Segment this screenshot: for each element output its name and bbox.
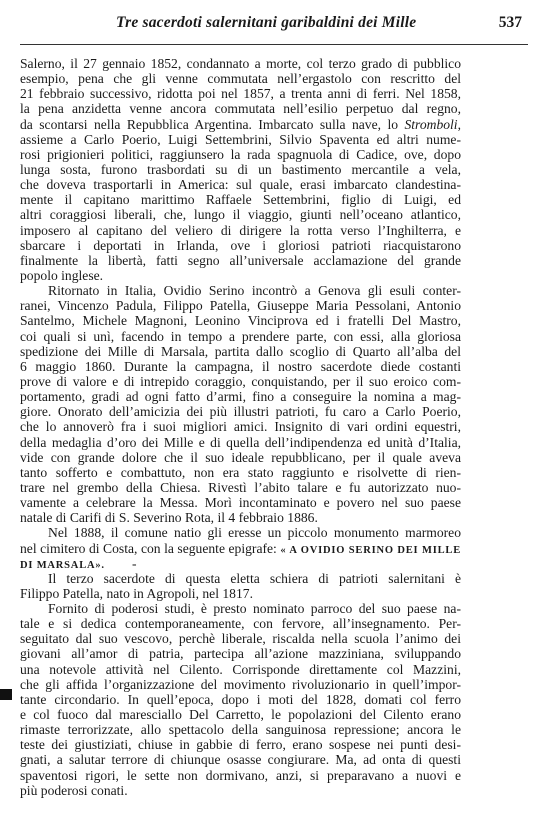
text-line: popolo inglese.	[20, 268, 461, 283]
text-fragment: ,	[458, 117, 461, 132]
text-line: esempio, pena che gli venne commutata ne…	[20, 71, 461, 86]
text-line: Filippo Patella, nato in Agropoli, nel 1…	[20, 586, 461, 601]
text-line: tanto sofferto e combattuto, non era sta…	[20, 465, 461, 480]
text-line: giovani all’amor di patria, partecipa al…	[20, 646, 461, 661]
text-line: giore. Onorato dell’amicizia dei più ill…	[20, 404, 461, 419]
text-line: sbarcare i deportati in Irlanda, ove i g…	[20, 238, 461, 253]
text-line: Ritornato in Italia, Ovidio Serino incon…	[20, 283, 461, 298]
running-title: Tre sacerdoti salernitani garibaldini de…	[116, 14, 416, 32]
header-rule	[20, 44, 528, 45]
text-line: assieme a Carlo Poerio, Luigi Settembrin…	[20, 132, 461, 147]
text-line: trare nel grembo della Chiesa. Rivestì l…	[20, 480, 461, 495]
text-line: mente il capitano marittimo Raffaele Set…	[20, 192, 461, 207]
text-line: Santelmo, Michele Magnoni, Leonino Vinci…	[20, 313, 461, 328]
text-line: portamento, gradi ad ogni fatto d’armi, …	[20, 389, 461, 404]
text-line: rosi prigionieri politici, raggiunsero l…	[20, 147, 461, 162]
text-line: spedizione dei Mille di Marsala, partita…	[20, 344, 461, 359]
text-line: ranei, Vincenzo Padula, Filippo Patella,…	[20, 298, 461, 313]
text-line: vamente a celebrare la Messa. Morì incon…	[20, 495, 461, 510]
text-line: spaventosi rigori, le sette non dormivan…	[20, 768, 461, 783]
text-line: gnati, a salutar terrore di chiunque osa…	[20, 752, 461, 767]
text-line: vide con grande dolore che il suo ideale…	[20, 450, 461, 465]
text-line: e col fuoco dal maresciallo Del Carretto…	[20, 707, 461, 722]
text-line: nel cimitero di Costa, con la seguente e…	[20, 541, 461, 556]
text-line: che doveva trasportarli in America: sul …	[20, 177, 461, 192]
text-line: più poderosi conati.	[20, 783, 461, 798]
text-line: Salerno, il 27 gennaio 1852, condannato …	[20, 56, 461, 71]
text-line: prove di valore e di intrepido coraggio,…	[20, 374, 461, 389]
text-line: imposero al capitano del veliero di diri…	[20, 223, 461, 238]
text-line: altri coraggiosi liberali, che, lungo il…	[20, 207, 461, 222]
text-line: Fornito di poderosi studi, è presto nomi…	[20, 601, 461, 616]
body-text: Salerno, il 27 gennaio 1852, condannato …	[20, 56, 461, 798]
text-line: coi quali si unì, facendo in tempo a pre…	[20, 329, 461, 344]
text-line: rimaste terrorizzate, allo spettacolo de…	[20, 722, 461, 737]
epigraph-end: DI MARSALA».	[20, 560, 105, 571]
epigraph: « A OVIDIO SERINO DEI MILLE	[280, 545, 461, 556]
running-header: Tre sacerdoti salernitani garibaldini de…	[20, 10, 528, 36]
text-line: natale di Carifi di S. Severino Rota, il…	[20, 510, 461, 525]
page-number: 537	[499, 14, 522, 32]
text-line: della medaglia d’oro dei Mille e di quel…	[20, 435, 461, 450]
text-line: una notevole attività nel Cilento. Corri…	[20, 662, 461, 677]
text-line: tante circondario. In quell’epoca, dopo …	[20, 692, 461, 707]
text-fragment: da scontarsi nella Repubblica Argentina.…	[20, 117, 404, 132]
text-line: da scontarsi nella Repubblica Argentina.…	[20, 117, 461, 132]
text-line: 6 maggio 1860. Durante la campagna, il n…	[20, 359, 461, 374]
text-line: 21 febbraio successivo, ridotta poi nel …	[20, 86, 461, 101]
text-line: Nel 1888, il comune natio gli eresse un …	[20, 525, 461, 540]
text-line: la pena anzidetta venne ancora commutata…	[20, 101, 461, 116]
text-line: che gli affida l’organizzazione del movi…	[20, 677, 461, 692]
text-line: che lo annoverò fra i suoi migliori amic…	[20, 419, 461, 434]
ship-name: Stromboli	[404, 117, 457, 132]
text-line: tale e si dedica contemporaneamente, con…	[20, 616, 461, 631]
text-line: seguitato dal suo vescovo, perchè libera…	[20, 631, 461, 646]
text-line: DI MARSALA». -	[20, 556, 461, 571]
text-fragment: nel cimitero di Costa, con la seguente e…	[20, 541, 280, 556]
text-line: finalmente la libertà, fatti segno all’u…	[20, 253, 461, 268]
text-line: Il terzo sacerdote di questa eletta schi…	[20, 571, 461, 586]
text-line: lunga sosta, furono trasbordati su di un…	[20, 162, 461, 177]
stray-dash: -	[132, 556, 137, 571]
text-line: teste dei giustiziati, chiuse in gabbie …	[20, 737, 461, 752]
margin-marker	[0, 689, 12, 700]
